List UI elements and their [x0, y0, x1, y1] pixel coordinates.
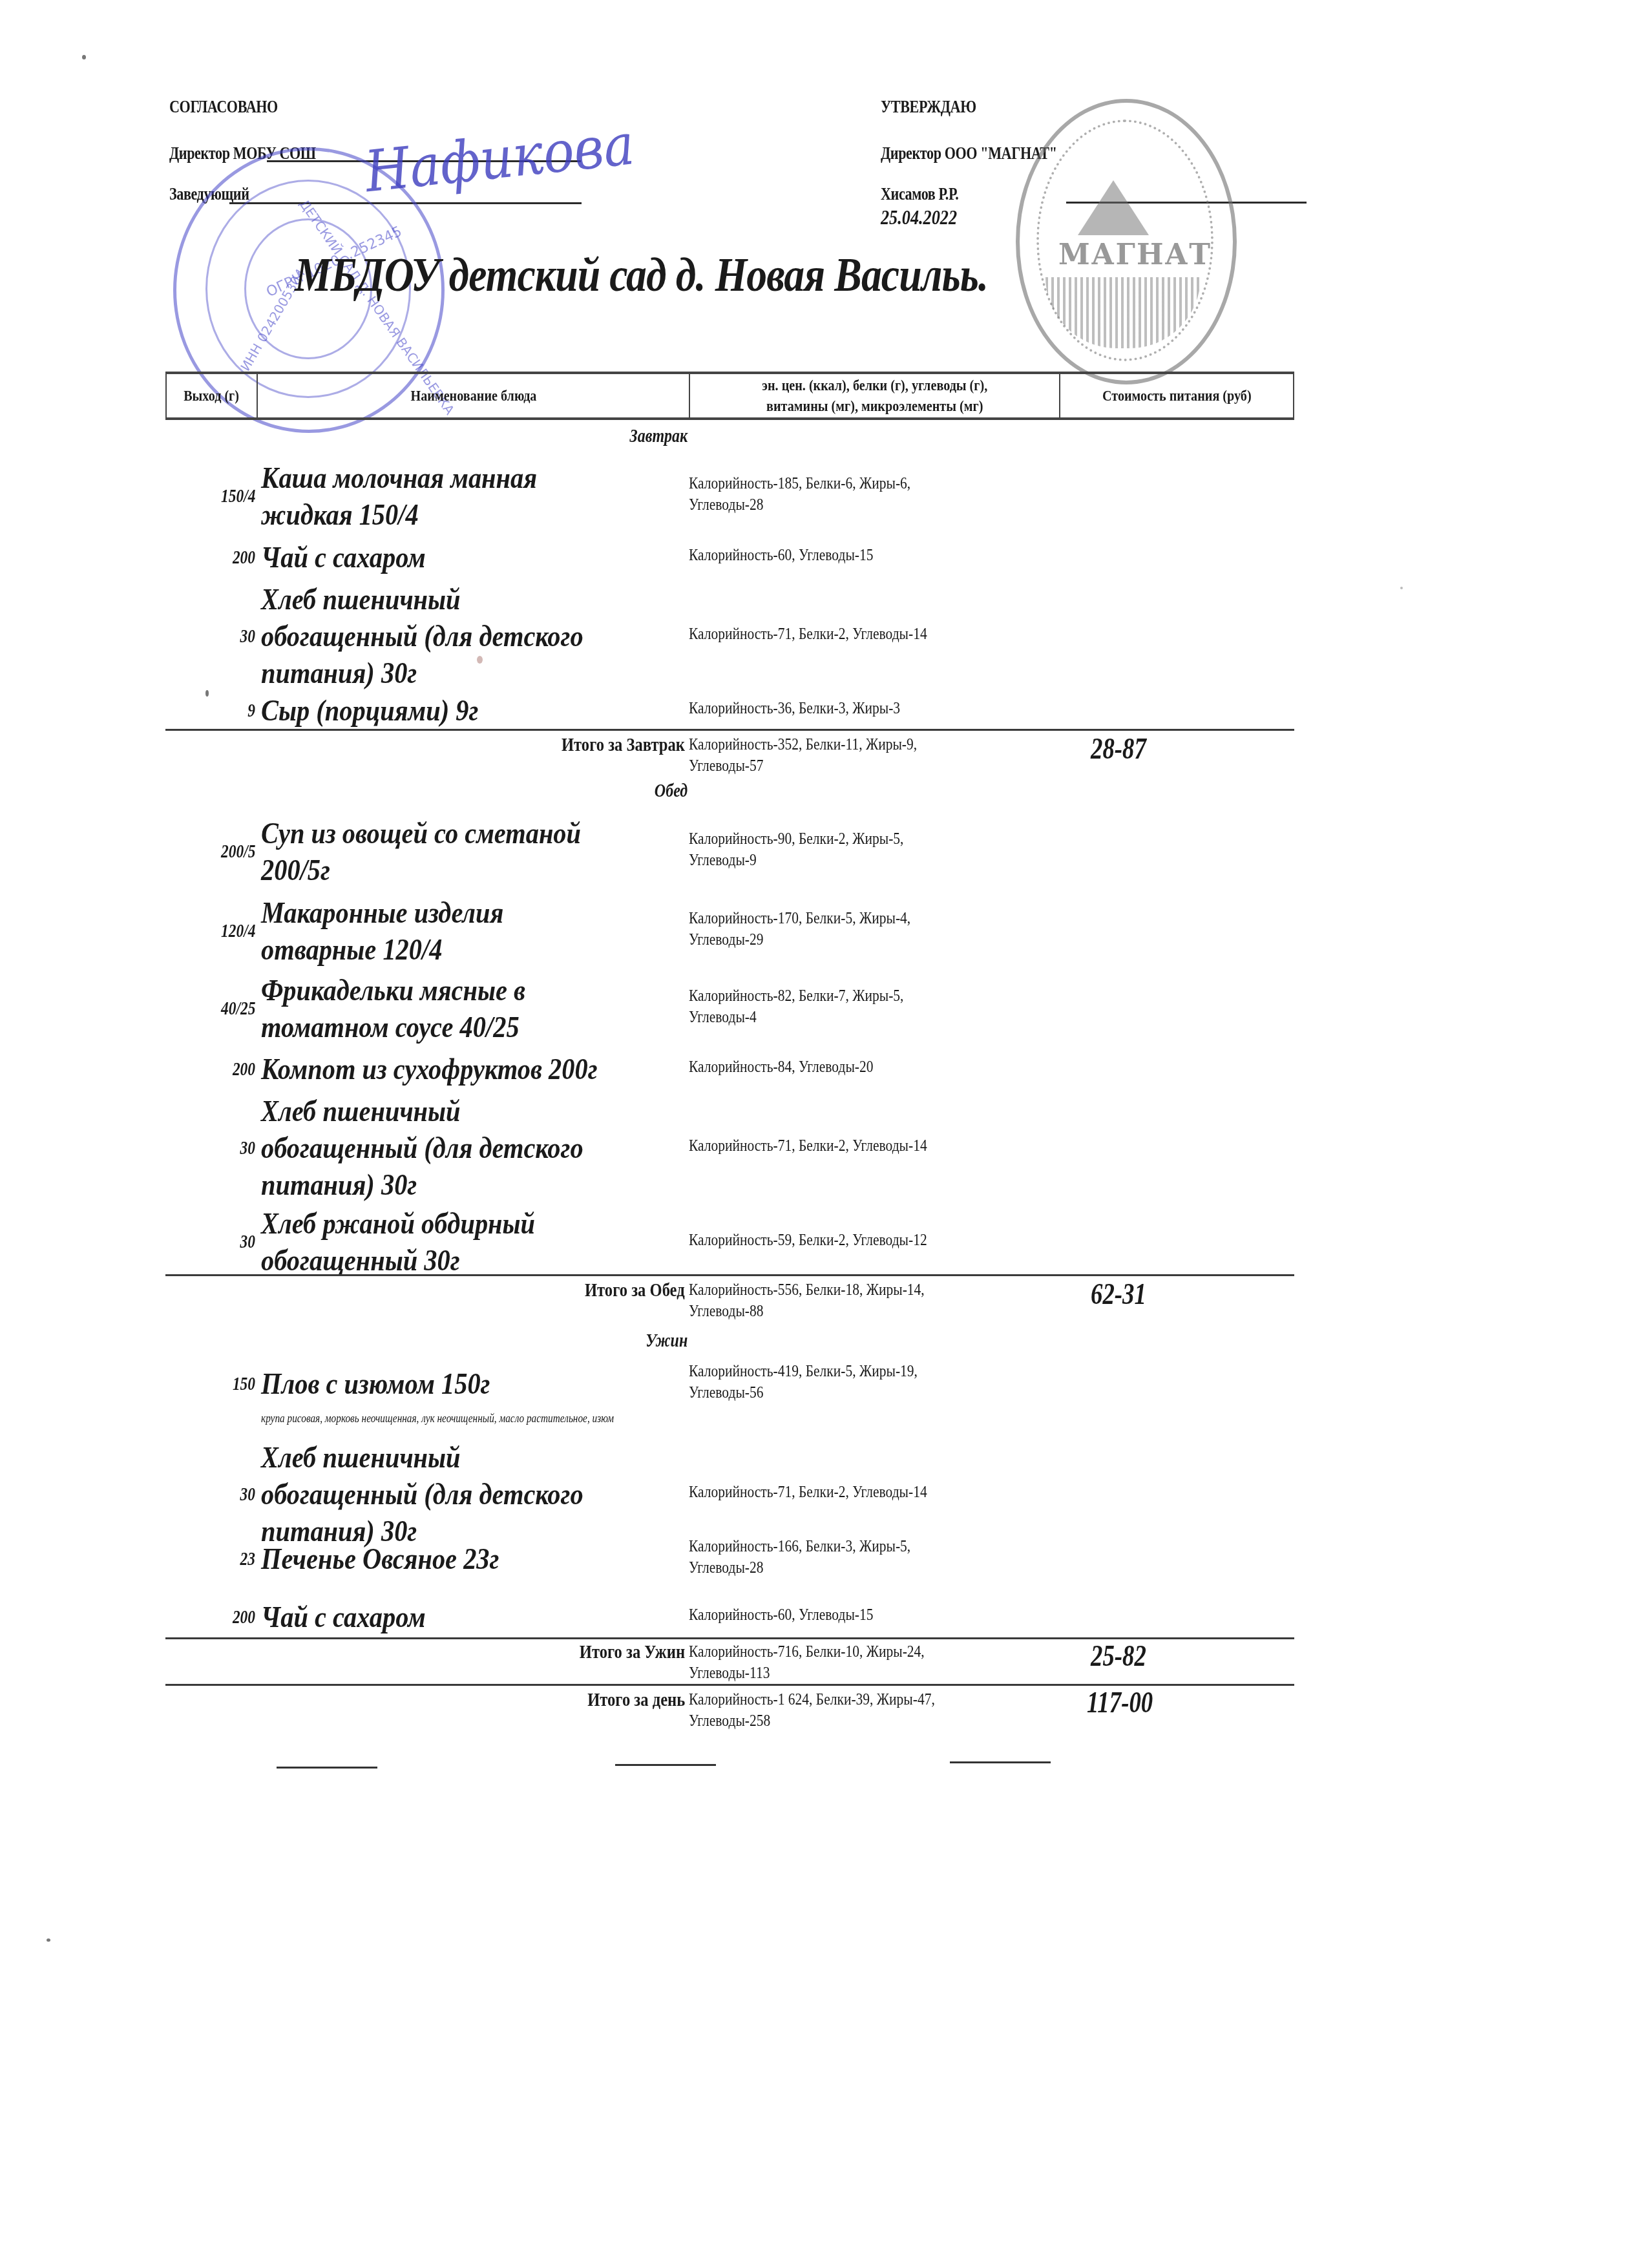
- scan-speck: [477, 656, 483, 664]
- header-dish-name: Наименование блюда: [257, 374, 689, 417]
- dish-nutrients: Калорийность-84, Углеводы-20: [689, 1056, 1089, 1078]
- seal-company-name: МАГНАТ: [1058, 238, 1212, 271]
- dish-nutrients: Калорийность-59, Белки-2, Углеводы-12: [689, 1230, 1089, 1251]
- menu-item-row: Хлеб пшеничный обогащенный (для детского…: [165, 1093, 1294, 1204]
- dish-name: Хлеб пшеничный обогащенный (для детского…: [261, 1440, 700, 1550]
- scan-speck: [205, 690, 209, 697]
- header-yield: Выход (г): [167, 374, 257, 417]
- day-total-label: Итого за день: [566, 1689, 685, 1711]
- dish-name: Фрикадельки мясные в томатном соусе 40/2…: [261, 972, 700, 1046]
- mountain-logo-icon: [1078, 180, 1149, 235]
- meal-total-nutrients: Калорийность-556, Белки-18, Жиры-14, Угл…: [689, 1279, 1089, 1322]
- dish-nutrients: Калорийность-170, Белки-5, Жиры-4, Углев…: [689, 908, 1089, 950]
- dish-yield: 150/4: [165, 485, 255, 507]
- dish-yield: 150: [165, 1373, 255, 1395]
- dish-name: Каша молочная манная жидкая 150/4: [261, 460, 700, 534]
- dish-nutrients: Калорийность-185, Белки-6, Жиры-6, Углев…: [689, 473, 1089, 516]
- dish-nutrients: Калорийность-60, Углеводы-15: [689, 1604, 1089, 1626]
- approval-right-heading: УТВЕРЖДАЮ: [881, 97, 976, 117]
- approval-left-heading: СОГЛАСОВАНО: [169, 97, 278, 117]
- dish-yield: 200: [165, 1058, 255, 1080]
- scan-speck: [1400, 587, 1403, 589]
- dish-yield: 120/4: [165, 920, 255, 942]
- meal-section-heading: Обед: [255, 780, 688, 802]
- menu-item-row: Хлеб пшеничный обогащенный (для детского…: [165, 1440, 1294, 1550]
- handwritten-signature: Нафикова: [362, 110, 637, 205]
- day-total-cost: 117-00: [1087, 1685, 1170, 1719]
- approval-right-name: Хисамов Р.Р.: [881, 184, 958, 204]
- dish-yield: 40/25: [165, 998, 255, 1020]
- menu-item-row: Суп из овощей со сметаной 200/5г200/5Кал…: [165, 815, 1294, 889]
- dish-yield: 200/5: [165, 841, 255, 863]
- dish-yield: 30: [165, 625, 255, 647]
- dish-nutrients: Калорийность-71, Белки-2, Углеводы-14: [689, 624, 1089, 645]
- dish-yield: 9: [165, 700, 255, 722]
- approval-right-position: Директор ООО "МАГНАТ": [881, 143, 1057, 163]
- total-divider: [165, 1274, 1294, 1276]
- dish-name: Хлеб пшеничный обогащенный (для детского…: [261, 582, 700, 692]
- dish-nutrients: Калорийность-419, Белки-5, Жиры-19, Угле…: [689, 1361, 1089, 1403]
- dish-name: Хлеб пшеничный обогащенный (для детского…: [261, 1093, 700, 1204]
- scan-speck: [82, 55, 86, 59]
- menu-item-row: Хлеб пшеничный обогащенный (для детского…: [165, 582, 1294, 692]
- meal-total-cost: 28-87: [1091, 731, 1160, 766]
- dish-ingredients: крупа рисовая, морковь неочищенная, лук …: [261, 1412, 677, 1425]
- menu-item-row: Хлеб ржаной обдирный обогащенный 30г30Ка…: [165, 1206, 1294, 1279]
- header-nutrients: эн. цен. (ккал), белки (г), углеводы (г)…: [689, 374, 1059, 417]
- dish-nutrients: Калорийность-60, Углеводы-15: [689, 545, 1089, 566]
- total-divider: [165, 729, 1294, 731]
- day-total-nutrients: Калорийность-1 624, Белки-39, Жиры-47, У…: [689, 1689, 1089, 1732]
- meal-total-nutrients: Калорийность-352, Белки-11, Жиры-9, Угле…: [689, 734, 1089, 777]
- blank-signature-line-3: [950, 1761, 1051, 1763]
- dish-yield: 200: [165, 547, 255, 569]
- dish-yield: 30: [165, 1231, 255, 1253]
- meal-total-cost: 62-31: [1091, 1277, 1160, 1311]
- menu-item-row: Фрикадельки мясные в томатном соусе 40/2…: [165, 972, 1294, 1046]
- header-cost: Стоимость питания (руб): [1059, 374, 1293, 417]
- scan-speck: [47, 1938, 50, 1942]
- approval-date: 25.04.2022: [881, 205, 957, 229]
- dish-name: Компот из сухофруктов 200г: [261, 1051, 700, 1088]
- menu-item-row: Чай с сахаром200Калорийность-60, Углевод…: [165, 540, 1294, 576]
- dish-nutrients: Калорийность-71, Белки-2, Углеводы-14: [689, 1482, 1089, 1503]
- dish-name: Плов с изюмом 150г: [261, 1366, 700, 1403]
- dish-name: Чай с сахаром: [261, 1599, 700, 1636]
- meal-total-label: Итого за Обед: [563, 1279, 685, 1301]
- menu-item-row: Каша молочная манная жидкая 150/4150/4Ка…: [165, 460, 1294, 534]
- menu-item-row: Чай с сахаром200Калорийность-60, Углевод…: [165, 1599, 1294, 1636]
- meal-total-label: Итого за Завтрак: [534, 734, 685, 756]
- dish-yield: 23: [165, 1548, 255, 1570]
- meal-total-cost: 25-82: [1091, 1639, 1160, 1673]
- seal-stamp-magnat: МАГНАТ: [1016, 99, 1237, 384]
- dish-name: Хлеб ржаной обдирный обогащенный 30г: [261, 1206, 700, 1279]
- dish-name: Суп из овощей со сметаной 200/5г: [261, 815, 700, 889]
- meal-total-nutrients: Калорийность-716, Белки-10, Жиры-24, Угл…: [689, 1641, 1089, 1684]
- dish-name: Макаронные изделия отварные 120/4: [261, 895, 700, 969]
- dish-name: Чай с сахаром: [261, 540, 700, 576]
- blank-signature-line-1: [277, 1767, 377, 1769]
- dish-name: Сыр (порциями) 9г: [261, 693, 700, 730]
- dish-name: Печенье Овсяное 23г: [261, 1541, 700, 1578]
- dish-nutrients: Калорийность-90, Белки-2, Жиры-5, Углево…: [689, 828, 1089, 871]
- meal-total-label: Итого за Ужин: [556, 1641, 685, 1663]
- menu-item-row: Компот из сухофруктов 200г200Калорийност…: [165, 1051, 1294, 1088]
- menu-table-header: Выход (г) Наименование блюда эн. цен. (к…: [165, 372, 1294, 420]
- menu-item-row: Печенье Овсяное 23г23Калорийность-166, Б…: [165, 1541, 1294, 1578]
- dish-nutrients: Калорийность-82, Белки-7, Жиры-5, Углево…: [689, 985, 1089, 1028]
- dish-yield: 30: [165, 1484, 255, 1506]
- meal-section-heading: Ужин: [255, 1330, 688, 1352]
- dish-nutrients: Калорийность-36, Белки-3, Жиры-3: [689, 698, 1089, 719]
- dish-yield: 200: [165, 1606, 255, 1628]
- menu-item-row: Макаронные изделия отварные 120/4120/4Ка…: [165, 895, 1294, 969]
- dish-yield: 30: [165, 1137, 255, 1159]
- menu-item-row: Плов с изюмом 150г150Калорийность-419, Б…: [165, 1366, 1294, 1403]
- menu-item-row: Сыр (порциями) 9г9Калорийность-36, Белки…: [165, 693, 1294, 730]
- dish-nutrients: Калорийность-166, Белки-3, Жиры-5, Углев…: [689, 1536, 1089, 1579]
- meal-section-heading: Завтрак: [255, 425, 688, 447]
- blank-signature-line-2: [615, 1764, 716, 1766]
- dish-nutrients: Калорийность-71, Белки-2, Углеводы-14: [689, 1135, 1089, 1157]
- page-title: МБДОУ детский сад д. Новая Васильь.: [295, 248, 988, 303]
